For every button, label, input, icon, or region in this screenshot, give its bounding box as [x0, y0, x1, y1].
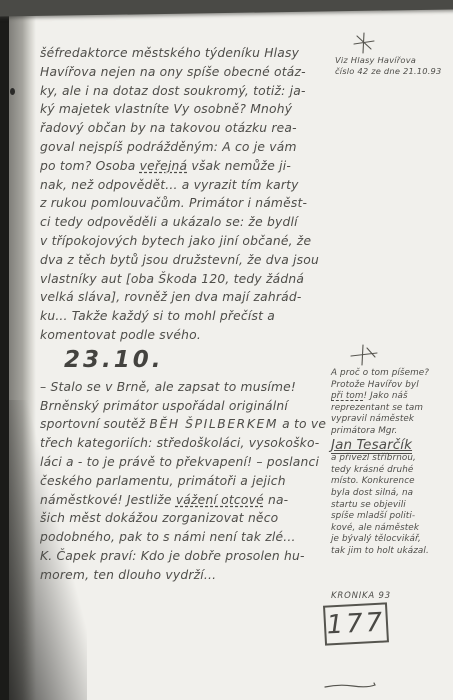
text-line: primátora Mgr.	[331, 426, 451, 438]
text-line: – Stalo se v Brně, ale zapsat to musíme!	[40, 378, 340, 397]
text-line: místo. Konkurence	[331, 476, 451, 488]
text-line: morem, ten dlouho vydrží...	[40, 566, 340, 585]
text-line: je bývalý tělocvikář,	[331, 534, 451, 546]
text-line: spíše mladší politi-	[331, 511, 451, 523]
source-reference-note: Viz Hlasy Havířovačíslo 42 ze dne 21.10.…	[335, 55, 450, 76]
text-line: českého parlamentu, primátoři a jejich	[40, 472, 340, 491]
scanned-chronicle-page: šéfredaktorce městského týdeníku HlasyHa…	[0, 0, 453, 700]
text-line: vypravil náměstek	[331, 414, 451, 426]
text-line: číslo 42 ze dne 21.10.93	[335, 66, 450, 77]
text-line: tak jim to holt ukázal.	[331, 546, 451, 558]
text-line: v třípokojových bytech jako jiní občané,…	[40, 232, 340, 251]
text-line: šich měst dokážou zorganizovat něco	[40, 509, 340, 528]
text-line: goval nejspíš podrážděným: A co je vám	[40, 138, 340, 157]
text-line: K. Čapek praví: Kdo je dobře prosolen hu…	[40, 547, 340, 566]
text-line: nak, než odpovědět... a vyrazit tím kart…	[40, 176, 340, 195]
text-line: po tom? Osoba veřejná však nemůže ji-	[40, 157, 340, 176]
text-line: z rukou pomlouvačům. Primátor i náměst-	[40, 194, 340, 213]
text-line: A proč o tom píšeme?	[331, 368, 451, 380]
text-line: Viz Hlasy Havířova	[335, 55, 450, 66]
page-number-box: 177	[323, 602, 389, 645]
text-line: reprezentant se tam	[331, 403, 451, 415]
text-line: dva z těch bytů jsou družstevní, že dva …	[40, 251, 340, 270]
main-text-column: šéfredaktorce městského týdeníku HlasyHa…	[40, 44, 340, 585]
text-line: a přivezl stříbrnou,	[331, 453, 451, 465]
pen-stroke-mark	[323, 676, 379, 695]
text-line: ci tedy odpověděli a ukázalo se: že bydl…	[40, 213, 340, 232]
text-line: velká sláva], rovněž jen dva mají zahrád…	[40, 288, 340, 307]
book-spine-edge	[0, 0, 9, 700]
text-line: podobného, pak to s námi není tak zlé...	[40, 528, 340, 547]
entry-23-10-text: – Stalo se v Brně, ale zapsat to musíme!…	[40, 378, 340, 585]
text-line: ku... Takže každý si to mohl přečíst a	[40, 307, 340, 326]
text-line: Protože Havířov byl	[331, 380, 451, 392]
asterisk-mark-icon	[349, 343, 379, 371]
entry-continued-text: šéfredaktorce městského týdeníku HlasyHa…	[40, 44, 340, 345]
text-line: byla dost silná, na	[331, 488, 451, 500]
side-note: A proč o tom píšeme?Protože Havířov bylp…	[331, 368, 451, 558]
chronicle-label: KRONIKA 93	[331, 591, 391, 601]
text-line: řadový občan by na takovou otázku rea-	[40, 119, 340, 138]
date-heading: 23.10.	[40, 345, 340, 375]
text-line: láci a - to je právě to překvapení! – po…	[40, 453, 340, 472]
text-line: náměstkové! Jestliže vážení otcové na-	[40, 491, 340, 510]
page-number: 177	[326, 607, 386, 640]
text-line: ky, ale i na dotaz dost soukromý, totiž:…	[40, 82, 340, 101]
text-line: tedy krásné druhé	[331, 465, 451, 477]
text-line: vlastníky aut [oba Škoda 120, tedy žádná	[40, 270, 340, 289]
text-line: při tom! Jako náš	[331, 391, 451, 403]
text-line: Jan Tesarčík	[331, 438, 451, 454]
text-line: komentovat podle svého.	[40, 326, 340, 345]
text-line: Brněnský primátor uspořádal originální	[40, 397, 340, 416]
text-line: šéfredaktorce městského týdeníku Hlasy	[40, 44, 340, 63]
text-line: Havířova nejen na ony spíše obecné otáz-	[40, 63, 340, 82]
text-line: třech kategoriích: středoškoláci, vysoko…	[40, 434, 340, 453]
text-line: startu se objevili	[331, 500, 451, 512]
text-line: ký majetek vlastníte Vy osobně? Mnohý	[40, 100, 340, 119]
binding-speck	[10, 88, 15, 95]
text-line: sportovní soutěž BĚH ŠPILBERKEM a to ve	[40, 415, 340, 434]
text-line: kové, ale náměstek	[331, 523, 451, 535]
scan-top-edge	[0, 0, 453, 17]
